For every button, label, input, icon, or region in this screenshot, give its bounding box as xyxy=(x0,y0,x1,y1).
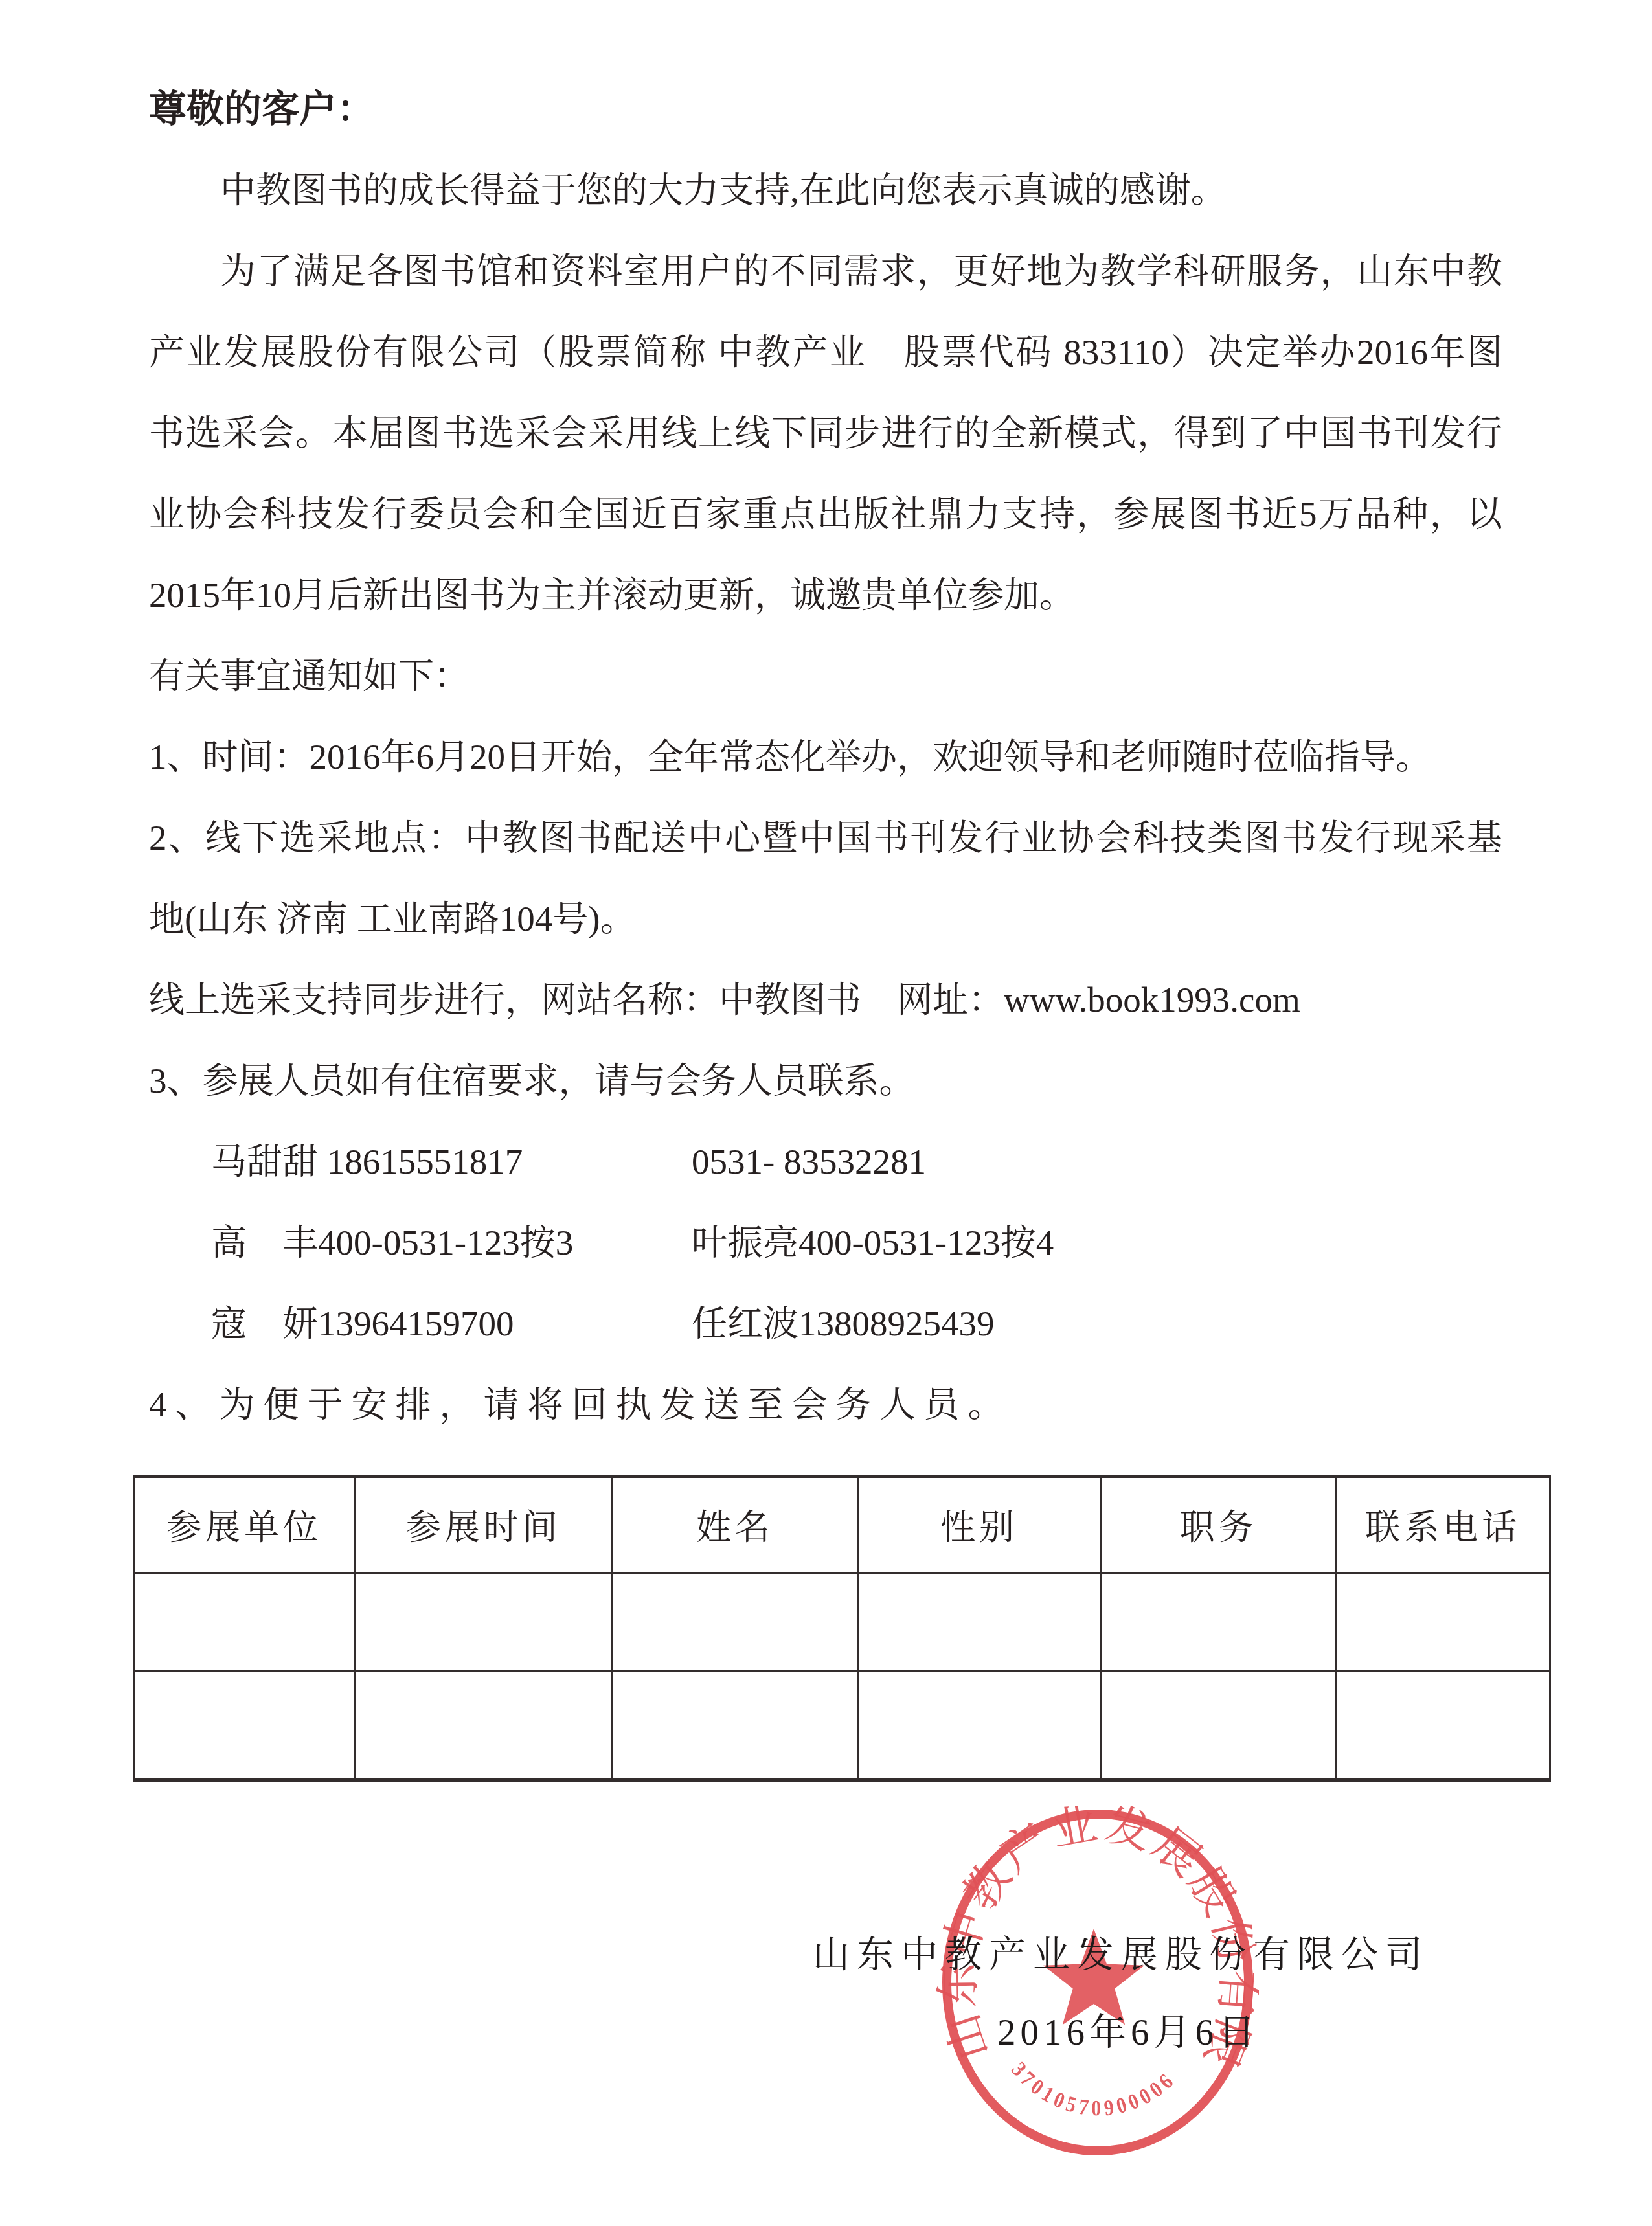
table-cell xyxy=(355,1671,613,1780)
signature-date: 2016年6月6日 xyxy=(813,2003,1444,2056)
contact-name-phone: 马甜甜 18615551817 xyxy=(211,1121,692,1202)
contact-row: 马甜甜 18615551817 0531- 83532281 xyxy=(149,1121,1502,1202)
stamp-serial-number: 37010570900006 xyxy=(1006,2058,1181,2121)
document-body: 尊敬的客户： 中教图书的成长得益于您的大力支持,在此向您表示真诚的感谢。 为了满… xyxy=(149,0,1502,1782)
top-margin xyxy=(149,0,1502,69)
table-header-cell: 联系电话 xyxy=(1336,1477,1550,1573)
online-selection-line: 线上选采支持同步进行，网站名称：中教图书 网址：www.book1993.com xyxy=(149,959,1502,1040)
svg-text:37010570900006: 37010570900006 xyxy=(1006,2058,1181,2121)
notice-item-1: 1、时间：2016年6月20日开始，全年常态化举办，欢迎领导和老师随时莅临指导。 xyxy=(149,716,1502,797)
table-header-cell: 参展单位 xyxy=(134,1477,355,1573)
table-row xyxy=(134,1573,1550,1671)
contact-name-phone: 叶振亮400-0531-123按4 xyxy=(692,1202,1054,1283)
paragraph-intro-line: 业协会科技发行委员会和全国近百家重点出版社鼎力支持，参展图书近5万品种，以 xyxy=(149,473,1502,554)
table-cell xyxy=(1336,1671,1550,1780)
contact-row: 寇 妍13964159700 任红波13808925439 xyxy=(149,1283,1502,1364)
contact-row: 高 丰400-0531-123按3 叶振亮400-0531-123按4 xyxy=(149,1202,1502,1283)
table-cell xyxy=(1101,1573,1336,1671)
company-seal-stamp: 山东中教产业发展股份有限公司 37010570900006 xyxy=(936,1806,1259,2167)
table-row xyxy=(134,1671,1550,1780)
contact-name-phone: 任红波13808925439 xyxy=(692,1283,995,1364)
paragraph-intro-line: 产业发展股份有限公司（股票简称 中教产业 股票代码 833110）决定举办201… xyxy=(149,312,1502,392)
registration-table: 参展单位 参展时间 姓名 性别 职务 联系电话 xyxy=(133,1475,1551,1782)
paragraph-intro-line: 书选采会。本届图书选采会采用线上线下同步进行的全新模式，得到了中国书刊发行 xyxy=(149,392,1502,473)
contact-phone: 0531- 83532281 xyxy=(692,1121,926,1202)
table-header-cell: 性别 xyxy=(857,1477,1101,1573)
table-cell xyxy=(134,1573,355,1671)
table-cell xyxy=(134,1671,355,1780)
paragraph-intro-line: 2015年10月后新出图书为主并滚动更新，诚邀贵单位参加。 xyxy=(149,554,1502,635)
paragraph-thanks: 中教图书的成长得益于您的大力支持,在此向您表示真诚的感谢。 xyxy=(149,150,1502,231)
signature-company: 山东中教产业发展股份有限公司 xyxy=(813,1925,1444,1978)
notice-item-3: 3、参展人员如有住宿要求，请与会务人员联系。 xyxy=(149,1040,1502,1121)
salutation: 尊敬的客户： xyxy=(149,69,1502,150)
table-cell xyxy=(613,1671,857,1780)
table-cell xyxy=(857,1573,1101,1671)
paragraph-intro-line: 为了满足各图书馆和资料室用户的不同需求，更好地为教学科研服务，山东中教 xyxy=(149,231,1502,312)
contact-name-phone: 高 丰400-0531-123按3 xyxy=(211,1202,692,1283)
table-header-cell: 参展时间 xyxy=(355,1477,613,1573)
table-header-row: 参展单位 参展时间 姓名 性别 职务 联系电话 xyxy=(134,1477,1550,1573)
notice-intro: 有关事宜通知如下： xyxy=(149,635,1502,716)
table-header-cell: 职务 xyxy=(1101,1477,1336,1573)
notice-item-2-line: 地(山东 济南 工业南路104号)。 xyxy=(149,878,1502,959)
document-page: 尊敬的客户： 中教图书的成长得益于您的大力支持,在此向您表示真诚的感谢。 为了满… xyxy=(0,0,1652,2226)
table-cell xyxy=(1336,1573,1550,1671)
notice-item-4: 4、为便于安排，请将回执发送至会务人员。 xyxy=(149,1364,1502,1445)
table-cell xyxy=(613,1573,857,1671)
table-cell xyxy=(1101,1671,1336,1780)
contact-name-phone: 寇 妍13964159700 xyxy=(211,1283,692,1364)
table-header-cell: 姓名 xyxy=(613,1477,857,1573)
table-cell xyxy=(355,1573,613,1671)
notice-item-2-line: 2、线下选采地点：中教图书配送中心暨中国书刊发行业协会科技类图书发行现采基 xyxy=(149,797,1502,878)
table-cell xyxy=(857,1671,1101,1780)
